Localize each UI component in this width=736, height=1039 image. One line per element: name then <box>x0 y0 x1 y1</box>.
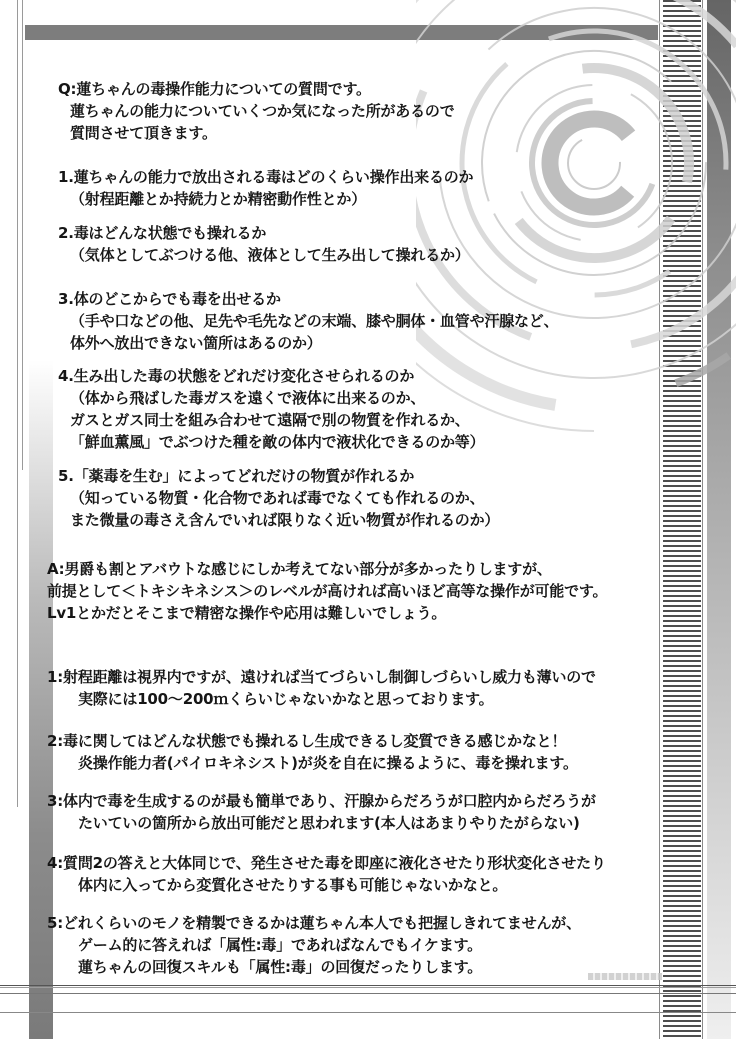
text-line: 3.体のどこからでも毒を出せるか <box>58 288 700 310</box>
text-line: A:男爵も割とアバウトな感じにしか考えてない部分が多かったりしますが、 <box>47 558 700 580</box>
text-line: Lv1とかだとそこまで精密な操作や応用は難しいでしょう。 <box>47 602 700 624</box>
text-line: （射程距離とか持続力とか精密動作性とか） <box>70 188 700 210</box>
text-line: ゲーム的に答えれば「属性:毒」であればなんでもイケます。 <box>78 934 700 956</box>
question-3: 3.体のどこからでも毒を出せるか （手や口などの他、足先や毛先などの末端、膝や胴… <box>0 288 700 354</box>
answer-2: 2:毒に関してはどんな状態でも操れるし生成できるし変質できる感じかなと！ 炎操作… <box>0 730 700 774</box>
footer-rule-1 <box>0 985 736 986</box>
answer-intro: A:男爵も割とアバウトな感じにしか考えてない部分が多かったりしますが、 前提とし… <box>0 558 700 624</box>
answer-3: 3:体内で毒を生成するのが最も簡単であり、汗腺からだろうが口腔内からだろうが た… <box>0 790 700 834</box>
footer-rule-4 <box>0 1012 736 1013</box>
answer-1: 1:射程距離は視界内ですが、遠ければ当てづらいし制御しづらいし威力も薄いので 実… <box>0 666 700 710</box>
top-gray-bar <box>25 25 658 40</box>
right-gradient-bar <box>707 0 731 1039</box>
text-line: 5.「薬毒を生む」によってどれだけの物質が作れるか <box>58 465 700 487</box>
question-1: 1.蓮ちゃんの能力で放出される毒はどのくらい操作出来るのか （射程距離とか持続力… <box>0 166 700 210</box>
text-line: たいていの箇所から放出可能だと思われます(本人はあまりやりたがらない) <box>78 812 700 834</box>
text-line: 2.毒はどんな状態でも操れるか <box>58 222 700 244</box>
text-line: 3:体内で毒を生成するのが最も簡単であり、汗腺からだろうが口腔内からだろうが <box>47 790 700 812</box>
footer-rule-3 <box>0 993 736 994</box>
text-line: （気体としてぶつける他、液体として生み出して操れるか） <box>70 244 700 266</box>
text-line: Q:蓮ちゃんの毒操作能力についての質問です。 <box>58 78 700 100</box>
text-line: 1.蓮ちゃんの能力で放出される毒はどのくらい操作出来るのか <box>58 166 700 188</box>
answer-4: 4:質問2の答えと大体同じで、発生させた毒を即座に液化させたり形状変化させたり … <box>0 852 700 896</box>
answer-5: 5:どれくらいのモノを精製できるかは蓮ちゃん本人でも把握しきれてませんが、 ゲー… <box>0 912 700 978</box>
text-line: （体から飛ばした毒ガスを遠くで液体に出来るのか、 <box>70 387 700 409</box>
text-line: 2:毒に関してはどんな状態でも操れるし生成できるし変質できる感じかなと！ <box>47 730 700 752</box>
text-line: （手や口などの他、足先や毛先などの末端、膝や胴体・血管や汗腺など、 <box>70 310 700 332</box>
text-line: （知っている物質・化合物であれば毒でなくても作れるのか、 <box>70 487 700 509</box>
text-line: また微量の毒さえ含んでいれば限りなく近い物質が作れるのか） <box>70 509 700 531</box>
question-2: 2.毒はどんな状態でも操れるか （気体としてぶつける他、液体として生み出して操れ… <box>0 222 700 266</box>
qa-text: Q:蓮ちゃんの毒操作能力についての質問です。 蓮ちゃんの能力についていくつか気に… <box>0 78 700 978</box>
text-line: 体外へ放出できない箇所はあるのか） <box>70 332 700 354</box>
text-line: 「鮮血薫風」でぶつけた種を敵の体内で液状化できるのか等） <box>70 431 700 453</box>
text-line: 4.生み出した毒の状態をどれだけ変化させられるのか <box>58 365 700 387</box>
footer-rule-2 <box>0 987 736 988</box>
text-line: 4:質問2の答えと大体同じで、発生させた毒を即座に液化させたり形状変化させたり <box>47 852 700 874</box>
text-line: ガスとガス同士を組み合わせて遠隔で別の物質を作れるか、 <box>70 409 700 431</box>
question-intro: Q:蓮ちゃんの毒操作能力についての質問です。 蓮ちゃんの能力についていくつか気に… <box>0 78 700 144</box>
question-5: 5.「薬毒を生む」によってどれだけの物質が作れるか （知っている物質・化合物であ… <box>0 465 700 531</box>
question-4: 4.生み出した毒の状態をどれだけ変化させられるのか （体から飛ばした毒ガスを遠く… <box>0 365 700 453</box>
text-line: 質問させて頂きます。 <box>70 122 700 144</box>
text-line: 1:射程距離は視界内ですが、遠ければ当てづらいし制御しづらいし威力も薄いので <box>47 666 700 688</box>
text-line: 蓮ちゃんの回復スキルも「属性:毒」の回復だったりします。 <box>78 956 700 978</box>
stripe-column-right-rule <box>702 0 703 1039</box>
text-line: 5:どれくらいのモノを精製できるかは蓮ちゃん本人でも把握しきれてませんが、 <box>47 912 700 934</box>
text-line: 体内に入ってから変質化させたりする事も可能じゃないかなと。 <box>78 874 700 896</box>
text-line: 蓮ちゃんの能力についていくつか気になった所があるので <box>70 100 700 122</box>
qa-document-page: Q:蓮ちゃんの毒操作能力についての質問です。 蓮ちゃんの能力についていくつか気に… <box>0 0 736 1039</box>
text-line: 実際には100～200ｍくらいじゃないかなと思っております。 <box>78 688 700 710</box>
text-line: 炎操作能力者(パイロキネシスト)が炎を自在に操るように、毒を操れます。 <box>78 752 700 774</box>
text-line: 前提として＜トキシキネシス＞のレベルが高ければ高いほど高等な操作が可能です。 <box>47 580 700 602</box>
